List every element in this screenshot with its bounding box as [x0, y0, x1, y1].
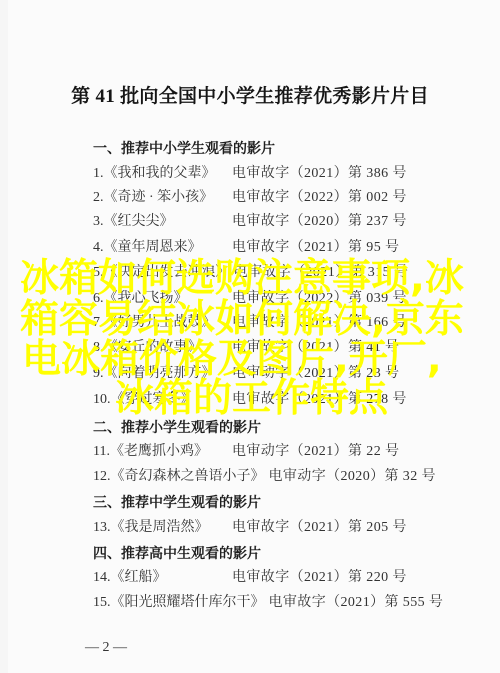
item-number: 11.	[93, 442, 110, 462]
film-list-item: 3.《红尖尖》 电审故字（2020）第 237 号	[93, 212, 407, 232]
approval-code: 电审故字（2021）第 386 号	[232, 164, 407, 184]
film-title: 《红尖尖》	[104, 212, 174, 232]
approval-code: 电审故字（2021）第 95 号	[232, 238, 399, 258]
approval-code: 电审故字（2020）第 237 号	[232, 212, 407, 232]
film-title: 《奇迹 · 笨小孩》	[104, 188, 214, 208]
film-title: 《我和我的父辈》	[104, 164, 216, 184]
film-list-item: 14.《红船》 电审故字（2021）第 220 号	[93, 568, 407, 588]
approval-code: 电审故字（2021）第 220 号	[232, 568, 407, 588]
document-title: 第 41 批向全国中小学生推荐优秀影片片目	[0, 84, 500, 110]
film-list-item: 1.《我和我的父辈》 电审故字（2021）第 386 号	[93, 164, 407, 184]
film-title: 《童年周恩来》	[104, 238, 202, 258]
item-number: 13.	[93, 518, 111, 538]
page-number: — 2 —	[85, 638, 127, 658]
overlay-caption-line: 电冰箱价格及图片,开厂,	[22, 340, 442, 380]
film-list-item: 13.《我是周浩然》 电审故字（2021）第 205 号	[93, 518, 407, 538]
item-number: 14.	[93, 568, 111, 588]
overlay-caption-line: 箱容易结冰如何解决,京东	[20, 300, 464, 340]
approval-code: 电审故字（2022）第 002 号	[232, 188, 407, 208]
film-list-item: 11.《老鹰抓小鸡》 电审动字（2021）第 22 号	[93, 442, 399, 462]
film-title: 《阳光照耀塔什库尔干》	[111, 593, 265, 613]
approval-code: 电审动字（2021）第 22 号	[232, 442, 399, 462]
item-number: 3.	[93, 212, 104, 232]
overlay-caption-line: 冰箱如何选购注意事项,冰	[20, 259, 464, 299]
item-number: 15.	[93, 593, 111, 613]
film-title: 《老鹰抓小鸡》	[110, 442, 208, 462]
item-number: 4.	[93, 238, 104, 258]
film-list-item: 12.《奇幻森林之兽语小子》 电审动字（2020）第 32 号	[93, 467, 436, 487]
item-number: 2.	[93, 188, 104, 208]
overlay-caption-line: 冰箱的工作特点	[115, 379, 388, 419]
film-title: 《红船》	[111, 568, 167, 588]
approval-code: 电审故字（2021）第 555 号	[269, 593, 444, 613]
film-list-item: 4.《童年周恩来》 电审故字（2021）第 95 号	[93, 238, 399, 258]
item-number: 12.	[93, 467, 111, 487]
approval-code: 电审动字（2020）第 32 号	[269, 467, 436, 487]
film-title: 《我是周浩然》	[111, 518, 209, 538]
item-number: 10.	[93, 390, 111, 410]
film-list-item: 15.《阳光照耀塔什库尔干》 电审故字（2021）第 555 号	[93, 593, 443, 613]
film-title: 《奇幻森林之兽语小子》	[111, 467, 265, 487]
section-heading: 一、推荐中小学生观看的影片	[93, 138, 275, 158]
film-list-item: 2.《奇迹 · 笨小孩》 电审故字（2022）第 002 号	[93, 188, 407, 208]
approval-code: 电审故字（2021）第 205 号	[232, 518, 407, 538]
section-heading: 三、推荐中学生观看的影片	[93, 492, 261, 512]
section-heading: 四、推荐高中生观看的影片	[93, 543, 261, 563]
item-number: 1.	[93, 164, 104, 184]
